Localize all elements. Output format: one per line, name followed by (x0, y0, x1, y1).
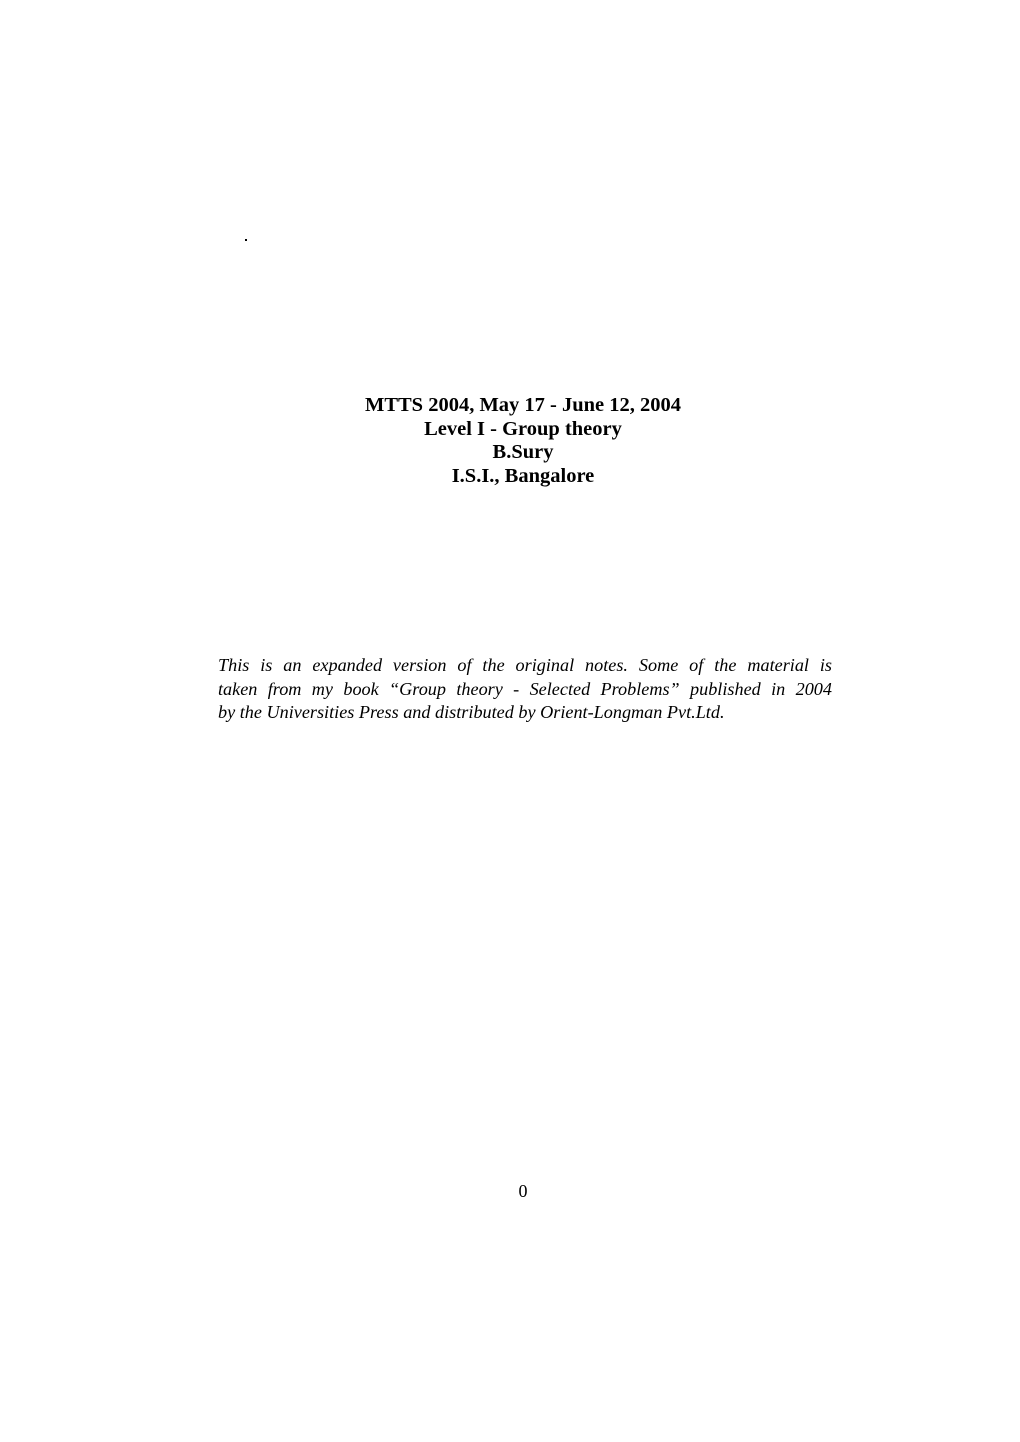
course-title: Level I - Group theory (0, 418, 1020, 442)
title-block: MTTS 2004, May 17 - June 12, 2004 Level … (0, 394, 1020, 489)
event-title: MTTS 2004, May 17 - June 12, 2004 (0, 394, 1020, 418)
abstract-line: by the Universities Press and distribute… (218, 701, 832, 725)
abstract-line: taken from my book “Group theory - Selec… (218, 678, 832, 702)
author-name: B.Sury (0, 441, 1020, 465)
stray-dot-mark (245, 239, 247, 241)
abstract-line: This is an expanded version of the origi… (218, 654, 832, 678)
document-page: MTTS 2004, May 17 - June 12, 2004 Level … (0, 0, 1020, 1442)
abstract-note: This is an expanded version of the origi… (218, 654, 832, 725)
page-number: 0 (0, 1181, 1020, 1201)
author-affiliation: I.S.I., Bangalore (0, 465, 1020, 489)
